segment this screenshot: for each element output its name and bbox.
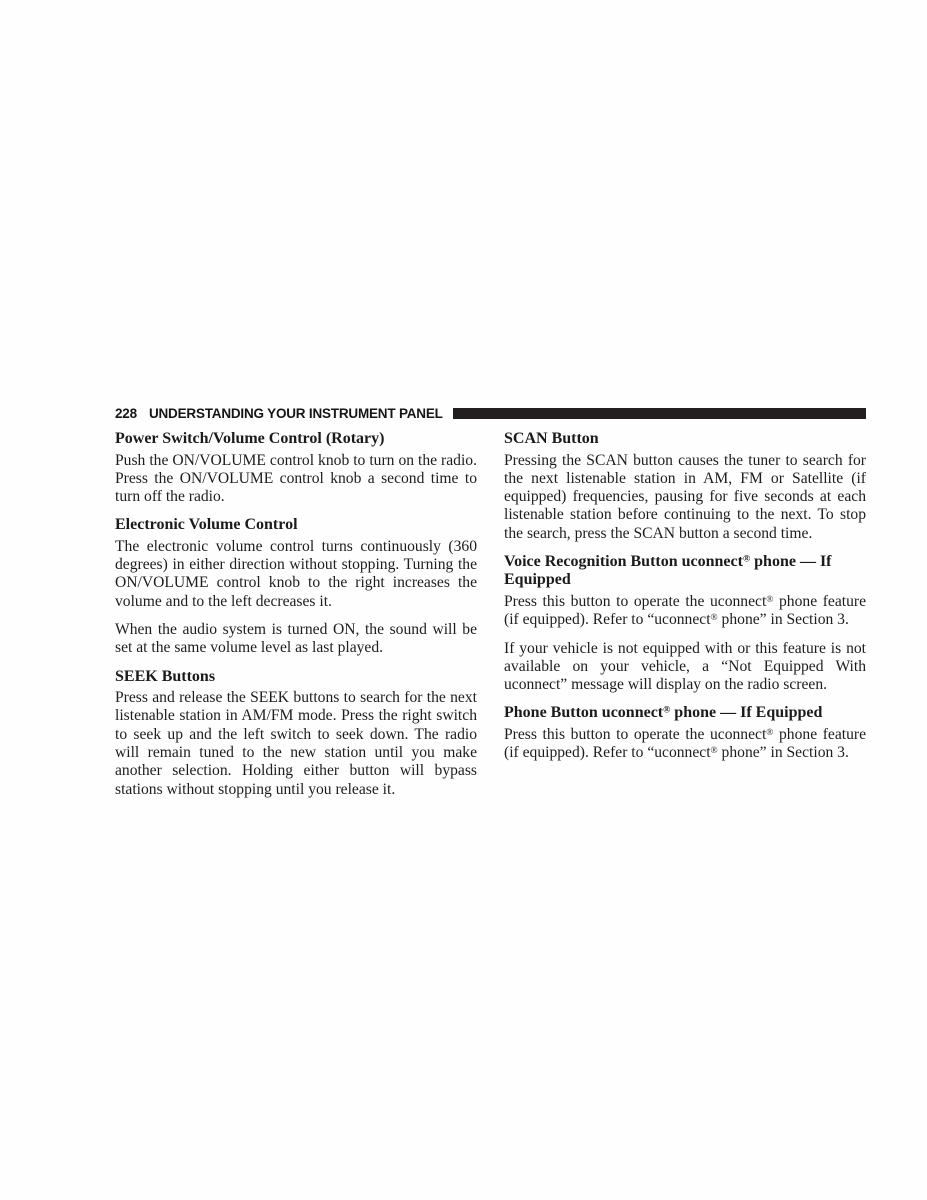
content-columns: Power Switch/Volume Control (Rotary) Pus… [115, 430, 866, 809]
section-paragraph: If your vehicle is not equipped with or … [504, 640, 866, 695]
right-column: SCAN Button Pressing the SCAN button cau… [504, 430, 866, 809]
section-heading: Electronic Volume Control [115, 516, 477, 535]
section-heading: SCAN Button [504, 430, 866, 449]
header-title: UNDERSTANDING YOUR INSTRUMENT PANEL [149, 406, 443, 421]
page-number: 228 [115, 406, 137, 421]
left-column: Power Switch/Volume Control (Rotary) Pus… [115, 430, 477, 809]
section-heading: Phone Button uconnect® phone — If Equipp… [504, 704, 866, 723]
section-heading: Voice Recognition Button uconnect® phone… [504, 553, 866, 590]
section-electronic-volume: Electronic Volume Control The electronic… [115, 516, 477, 657]
section-power-switch: Power Switch/Volume Control (Rotary) Pus… [115, 430, 477, 506]
section-paragraph: The electronic volume control turns cont… [115, 538, 477, 611]
section-heading: Power Switch/Volume Control (Rotary) [115, 430, 477, 449]
section-paragraph: Press this button to operate the uconnec… [504, 726, 866, 763]
section-paragraph: Press this button to operate the uconnec… [504, 593, 866, 630]
manual-page: 228 UNDERSTANDING YOUR INSTRUMENT PANEL … [0, 0, 927, 1200]
section-paragraph: Press and release the SEEK buttons to se… [115, 689, 477, 799]
section-paragraph: Push the ON/VOLUME control knob to turn … [115, 452, 477, 507]
page-header: 228 UNDERSTANDING YOUR INSTRUMENT PANEL [115, 406, 866, 421]
section-scan-button: SCAN Button Pressing the SCAN button cau… [504, 430, 866, 543]
section-paragraph: Pressing the SCAN button causes the tune… [504, 452, 866, 543]
section-phone-button: Phone Button uconnect® phone — If Equipp… [504, 704, 866, 762]
section-heading: SEEK Buttons [115, 668, 477, 687]
section-paragraph: When the audio system is turned ON, the … [115, 621, 477, 658]
section-voice-recognition: Voice Recognition Button uconnect® phone… [504, 553, 866, 694]
header-rule-bar [453, 408, 866, 419]
section-seek-buttons: SEEK Buttons Press and release the SEEK … [115, 668, 477, 799]
